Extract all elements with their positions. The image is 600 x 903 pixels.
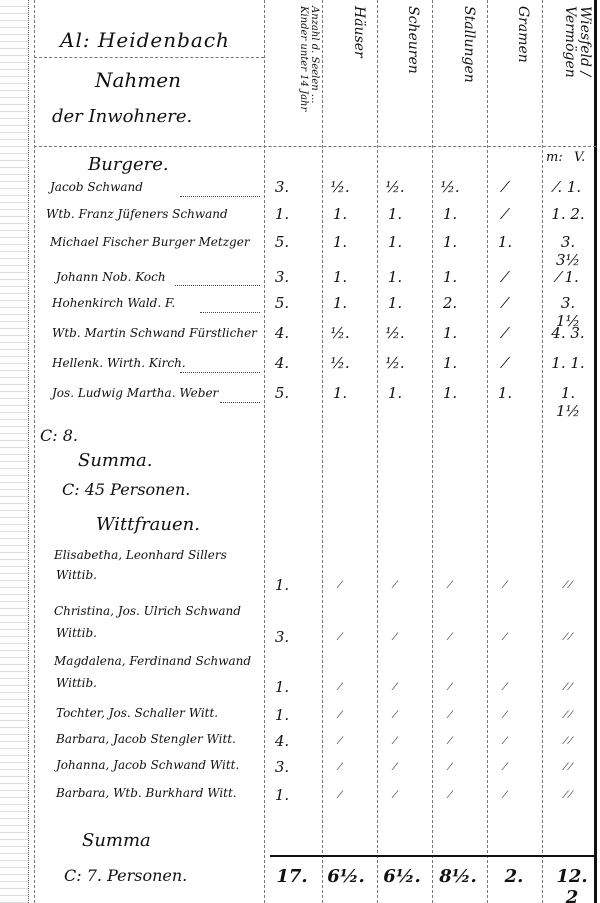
cell-col2: 1.: [375, 205, 415, 223]
row-name: Wtb. Franz Jüfeners Schwand: [46, 207, 228, 221]
cell-col2: ½.: [375, 354, 415, 372]
total-col1: 6½.: [326, 866, 366, 887]
cell-col4: ⁄: [485, 736, 525, 747]
cell-col5: ⁄ ⁄: [548, 736, 588, 747]
column-header-col4: Gramen: [500, 6, 530, 136]
cell-col5: 1. 1.: [548, 354, 588, 372]
cell-col1: ⁄: [320, 790, 360, 801]
total-col2: 6½.: [382, 866, 422, 887]
cell-col1: ⁄: [320, 682, 360, 693]
cell-persons: 1.: [262, 678, 302, 696]
ledger-page: Al: Heidenbach Nahmen der Inwohnere. Anz…: [0, 0, 600, 903]
cell-col1: 1.: [320, 294, 360, 312]
cell-persons: 4.: [262, 732, 302, 750]
cell-col2: 1.: [375, 268, 415, 286]
cell-col5: ⁄ ⁄: [548, 710, 588, 721]
totals-rule: [270, 855, 596, 857]
burger-summa-label: Summa.: [78, 450, 153, 471]
cell-persons: 1.: [262, 786, 302, 804]
page-binding-edge: [0, 0, 29, 903]
cell-col4: ⁄: [485, 580, 525, 591]
cell-persons: 3.: [262, 178, 302, 196]
cell-col1: 1.: [320, 233, 360, 251]
cell-col2: ⁄: [375, 710, 415, 721]
section-title-widows: Wittfrauen.: [96, 514, 200, 535]
cell-col2: ⁄: [375, 736, 415, 747]
cell-col3: ⁄: [430, 580, 470, 591]
cell-col2: ⁄: [375, 632, 415, 643]
row-name: Magdalena, Ferdinand Schwand: [54, 654, 251, 668]
row-name: Jos. Ludwig Martha. Weber: [52, 386, 218, 400]
row-name: Jacob Schwand: [50, 180, 143, 194]
cell-col2: ½.: [375, 324, 415, 342]
total-col4: 2.: [494, 866, 534, 887]
cell-col5: ⁄ ⁄: [548, 682, 588, 693]
cell-col4: ⁄: [485, 354, 525, 372]
cell-col4: ⁄: [485, 324, 525, 342]
document-title: Al: Heidenbach: [60, 28, 230, 52]
cell-col2: ½.: [375, 178, 415, 196]
cell-persons: 1.: [262, 706, 302, 724]
burger-summa-persons: C: 45 Personen.: [62, 480, 190, 499]
cell-col4: ⁄: [485, 205, 525, 223]
cell-persons: 3.: [262, 628, 302, 646]
cell-col4: 1.: [485, 233, 525, 251]
row-name: Johanna, Jacob Schwand Witt.: [56, 758, 239, 772]
cell-persons: 3.: [262, 758, 302, 776]
row-name: Michael Fischer Burger Metzger: [50, 235, 250, 249]
row-name: Barbara, Jacob Stengler Witt.: [56, 732, 236, 746]
cell-col3: 1.: [430, 268, 470, 286]
row-name: Hellenk. Wirth. Kirch.: [52, 356, 186, 370]
cell-col4: ⁄: [485, 268, 525, 286]
cell-col3: ½.: [430, 178, 470, 196]
cell-col3: 1.: [430, 205, 470, 223]
widow-summa-persons: C: 7. Personen.: [64, 866, 187, 885]
widow-summa-label: Summa: [82, 830, 151, 851]
subhead-v: V.: [574, 150, 585, 165]
cell-persons: 5.: [262, 384, 302, 402]
burger-count: C: 8.: [40, 426, 78, 445]
cell-col3: 1.: [430, 384, 470, 402]
row-name: Wtb. Martin Schwand Fürstlicher: [52, 326, 257, 340]
cell-col2: 1.: [375, 233, 415, 251]
cell-col3: ⁄: [430, 710, 470, 721]
column-header-col5: Wiesfeld / Vermögen: [554, 6, 592, 136]
cell-col5: ⁄ ⁄: [548, 762, 588, 773]
page-right-edge: [594, 0, 597, 903]
row-name: Christina, Jos. Ulrich Schwand: [54, 604, 241, 618]
cell-col3: ⁄: [430, 632, 470, 643]
column-divider: [542, 0, 543, 903]
cell-col3: 2.: [430, 294, 470, 312]
cell-col5: 1. 2.: [548, 205, 588, 223]
cell-col1: ⁄: [320, 580, 360, 591]
cell-col5: ⁄ ⁄: [548, 790, 588, 801]
cell-col4: ⁄: [485, 682, 525, 693]
cell-col5: 4. 3.: [548, 324, 588, 342]
row-name: Johann Nob. Koch: [56, 270, 166, 284]
cell-persons: 3.: [262, 268, 302, 286]
leader-dots: [200, 312, 260, 313]
subhead-m: m:: [546, 150, 563, 165]
cell-col3: ⁄: [430, 790, 470, 801]
leader-dots: [180, 196, 260, 197]
heading-inhabitants: der Inwohnere.: [52, 106, 192, 127]
cell-persons: 4.: [262, 354, 302, 372]
leader-dots: [175, 285, 260, 286]
cell-col3: 1.: [430, 354, 470, 372]
cell-col5: ⁄. 1.: [548, 178, 588, 196]
cell-col1: ⁄: [320, 762, 360, 773]
row-name: Hohenkirch Wald. F.: [52, 296, 175, 310]
leader-dots: [180, 372, 260, 373]
column-header-barns: Scheuren: [390, 6, 420, 136]
cell-col3: ⁄: [430, 762, 470, 773]
cell-persons: 4.: [262, 324, 302, 342]
cell-col5: 1. 1½: [548, 384, 588, 420]
section-title-burgers: Burgere.: [88, 154, 169, 175]
row-name: Tochter, Jos. Schaller Witt.: [56, 706, 218, 720]
cell-col5: ⁄ ⁄: [548, 580, 588, 591]
cell-col3: 1.: [430, 233, 470, 251]
cell-col5: ⁄ ⁄: [548, 632, 588, 643]
cell-col1: ½.: [320, 178, 360, 196]
column-header-houses: Häuser: [336, 6, 366, 136]
cell-col4: ⁄: [485, 710, 525, 721]
cell-col2: ⁄: [375, 682, 415, 693]
cell-col1: 1.: [320, 384, 360, 402]
cell-col2: ⁄: [375, 790, 415, 801]
cell-col1: ½.: [320, 324, 360, 342]
cell-col4: 1.: [485, 384, 525, 402]
total-col5: 12. 2: [548, 866, 596, 903]
cell-col1: 1.: [320, 268, 360, 286]
cell-col1: ⁄: [320, 710, 360, 721]
cell-col2: 1.: [375, 294, 415, 312]
row-name-line2: Wittib.: [56, 676, 97, 690]
column-header-stables: Stallungen: [446, 6, 476, 136]
total-persons: 17.: [272, 866, 312, 887]
cell-col2: ⁄: [375, 580, 415, 591]
cell-col1: 1.: [320, 205, 360, 223]
cell-col4: ⁄: [485, 762, 525, 773]
title-rule: [34, 57, 264, 58]
cell-col5: 3. 3½: [548, 233, 588, 269]
row-name: Barbara, Wtb. Burkhard Witt.: [56, 786, 237, 800]
margin-rule: [34, 0, 35, 903]
cell-persons: 1.: [262, 205, 302, 223]
row-name: Elisabetha, Leonhard Sillers: [54, 548, 227, 562]
cell-col2: 1.: [375, 384, 415, 402]
cell-persons: 5.: [262, 233, 302, 251]
cell-col4: ⁄: [485, 294, 525, 312]
total-col3: 8½.: [438, 866, 478, 887]
cell-persons: 5.: [262, 294, 302, 312]
cell-col4: ⁄: [485, 178, 525, 196]
cell-col3: 1.: [430, 324, 470, 342]
row-name-line2: Wittib.: [56, 568, 97, 582]
header-rule: [34, 146, 596, 147]
cell-col5: ⁄ 1.: [548, 268, 588, 286]
cell-col4: ⁄: [485, 632, 525, 643]
cell-col4: ⁄: [485, 790, 525, 801]
heading-names: Nahmen: [95, 68, 181, 92]
column-header-persons: Anzahl d. Seelen ... Kinder unter 14 Jah…: [266, 6, 320, 136]
cell-col3: ⁄: [430, 736, 470, 747]
row-name-line2: Wittib.: [56, 626, 97, 640]
cell-col1: ⁄: [320, 736, 360, 747]
cell-col1: ⁄: [320, 632, 360, 643]
cell-col3: ⁄: [430, 682, 470, 693]
cell-col1: ½.: [320, 354, 360, 372]
leader-dots: [220, 402, 260, 403]
cell-col2: ⁄: [375, 762, 415, 773]
cell-persons: 1.: [262, 576, 302, 594]
